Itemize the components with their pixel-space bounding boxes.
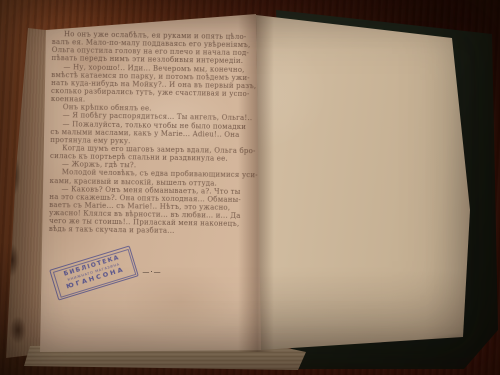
gutter-shadow xyxy=(238,14,274,352)
library-stamp: БИБЛІОТЕКА КНИЖНАГО МАГАЗИНА ЮГАНСОНА xyxy=(49,245,139,300)
library-stamp-border: БИБЛІОТЕКА КНИЖНАГО МАГАЗИНА ЮГАНСОНА xyxy=(52,249,135,298)
page-number: — 195 — xyxy=(52,16,242,23)
left-page-text: Но онъ уже ослабѣлъ, ея руками и опять ц… xyxy=(49,30,244,237)
photo-open-book-on-table: — 195 — Но онъ уже ослабѣлъ, ея руками и… xyxy=(0,0,500,375)
